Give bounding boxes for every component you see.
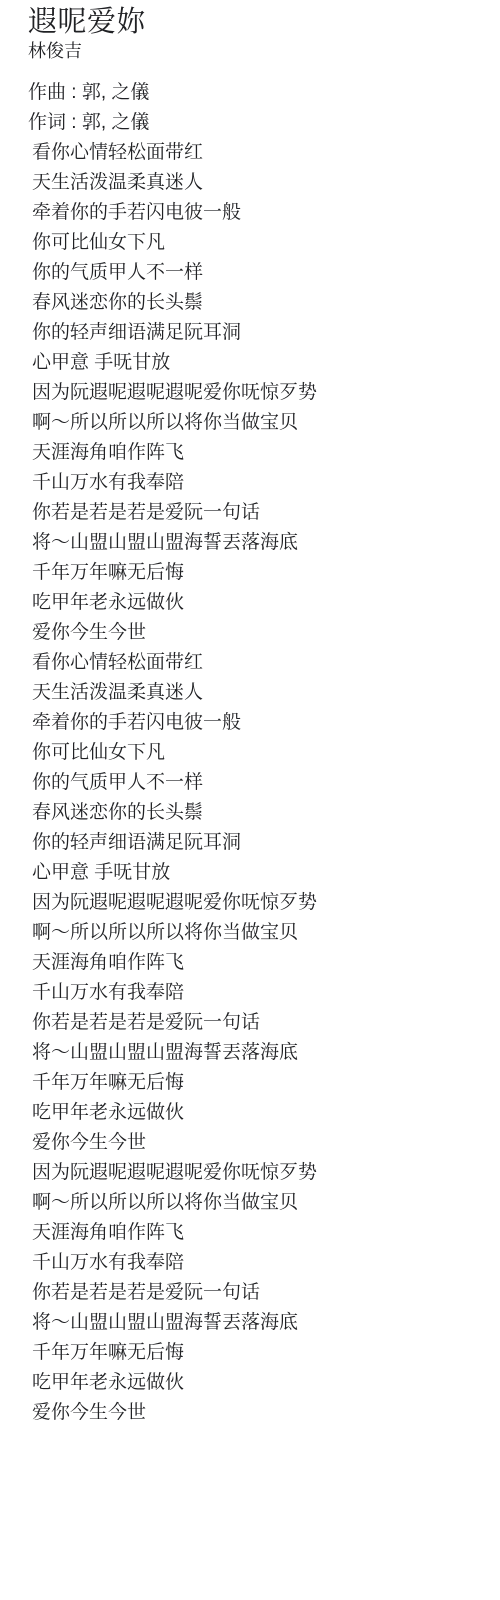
lyric-line: 爱你今生今世 <box>32 618 480 648</box>
lyric-line: 啊～所以所以所以将你当做宝贝 <box>32 1188 480 1218</box>
lyric-line: 你若是若是若是爱阮一句话 <box>32 1278 480 1308</box>
lyric-line: 吃甲年老永远做伙 <box>32 1098 480 1128</box>
lyric-line: 心甲意 手呒甘放 <box>32 858 480 888</box>
lyric-line: 爱你今生今世 <box>32 1128 480 1158</box>
lyric-line: 将～山盟山盟山盟海誓丟落海底 <box>32 1308 480 1338</box>
lyric-line: 你的轻声细语满足阮耳洞 <box>32 318 480 348</box>
lyric-line: 爱你今生今世 <box>32 1398 480 1428</box>
song-title: 遐呢爱妳 <box>28 4 480 40</box>
lyric-line: 你可比仙女下凡 <box>32 738 480 768</box>
lyric-line: 你的轻声细语满足阮耳洞 <box>32 828 480 858</box>
lyric-line: 心甲意 手呒甘放 <box>32 348 480 378</box>
lyric-line: 你的气质甲人不一样 <box>32 768 480 798</box>
lyric-line: 牵着你的手若闪电彼一般 <box>32 708 480 738</box>
lyric-line: 因为阮遐呢遐呢遐呢爱你呒惊歹势 <box>32 1158 480 1188</box>
lyric-line: 千山万水有我奉陪 <box>32 978 480 1008</box>
credits-block: 作曲 : 郭, 之儀 作词 : 郭, 之儀 <box>28 78 480 138</box>
lyric-line: 牵着你的手若闪电彼一般 <box>32 198 480 228</box>
lyric-line: 将～山盟山盟山盟海誓丟落海底 <box>32 1038 480 1068</box>
lyric-line: 你可比仙女下凡 <box>32 228 480 258</box>
lyric-line: 千山万水有我奉陪 <box>32 1248 480 1278</box>
lyric-line: 你若是若是若是爱阮一句话 <box>32 498 480 528</box>
lyric-line: 千年万年嘛无后悔 <box>32 1338 480 1368</box>
artist-name: 林俊吉 <box>28 40 480 62</box>
lyric-line: 千年万年嘛无后悔 <box>32 1068 480 1098</box>
lyricist-credit: 作词 : 郭, 之儀 <box>28 108 480 138</box>
lyrics-page: 遐呢爱妳 林俊吉 作曲 : 郭, 之儀 作词 : 郭, 之儀 看你心情轻松面带红… <box>0 0 500 1428</box>
lyric-line: 因为阮遐呢遐呢遐呢爱你呒惊歹势 <box>32 378 480 408</box>
lyric-line: 千山万水有我奉陪 <box>32 468 480 498</box>
lyric-line: 天生活泼温柔真迷人 <box>32 678 480 708</box>
lyric-line: 千年万年嘛无后悔 <box>32 558 480 588</box>
lyric-line: 春风迷恋你的长头鬃 <box>32 798 480 828</box>
lyric-line: 因为阮遐呢遐呢遐呢爱你呒惊歹势 <box>32 888 480 918</box>
composer-credit: 作曲 : 郭, 之儀 <box>28 78 480 108</box>
lyric-line: 春风迷恋你的长头鬃 <box>32 288 480 318</box>
lyric-line: 天涯海角咱作阵飞 <box>32 438 480 468</box>
lyric-line: 天生活泼温柔真迷人 <box>32 168 480 198</box>
lyric-line: 将～山盟山盟山盟海誓丟落海底 <box>32 528 480 558</box>
lyric-line: 你若是若是若是爱阮一句话 <box>32 1008 480 1038</box>
lyric-line: 吃甲年老永远做伙 <box>32 1368 480 1398</box>
lyric-line: 啊～所以所以所以将你当做宝贝 <box>32 408 480 438</box>
lyric-line: 天涯海角咱作阵飞 <box>32 948 480 978</box>
lyrics-body: 看你心情轻松面带红天生活泼温柔真迷人牵着你的手若闪电彼一般你可比仙女下凡你的气质… <box>28 138 480 1428</box>
lyric-line: 你的气质甲人不一样 <box>32 258 480 288</box>
lyric-line: 看你心情轻松面带红 <box>32 138 480 168</box>
lyric-line: 天涯海角咱作阵飞 <box>32 1218 480 1248</box>
lyric-line: 看你心情轻松面带红 <box>32 648 480 678</box>
lyric-line: 吃甲年老永远做伙 <box>32 588 480 618</box>
lyric-line: 啊～所以所以所以将你当做宝贝 <box>32 918 480 948</box>
